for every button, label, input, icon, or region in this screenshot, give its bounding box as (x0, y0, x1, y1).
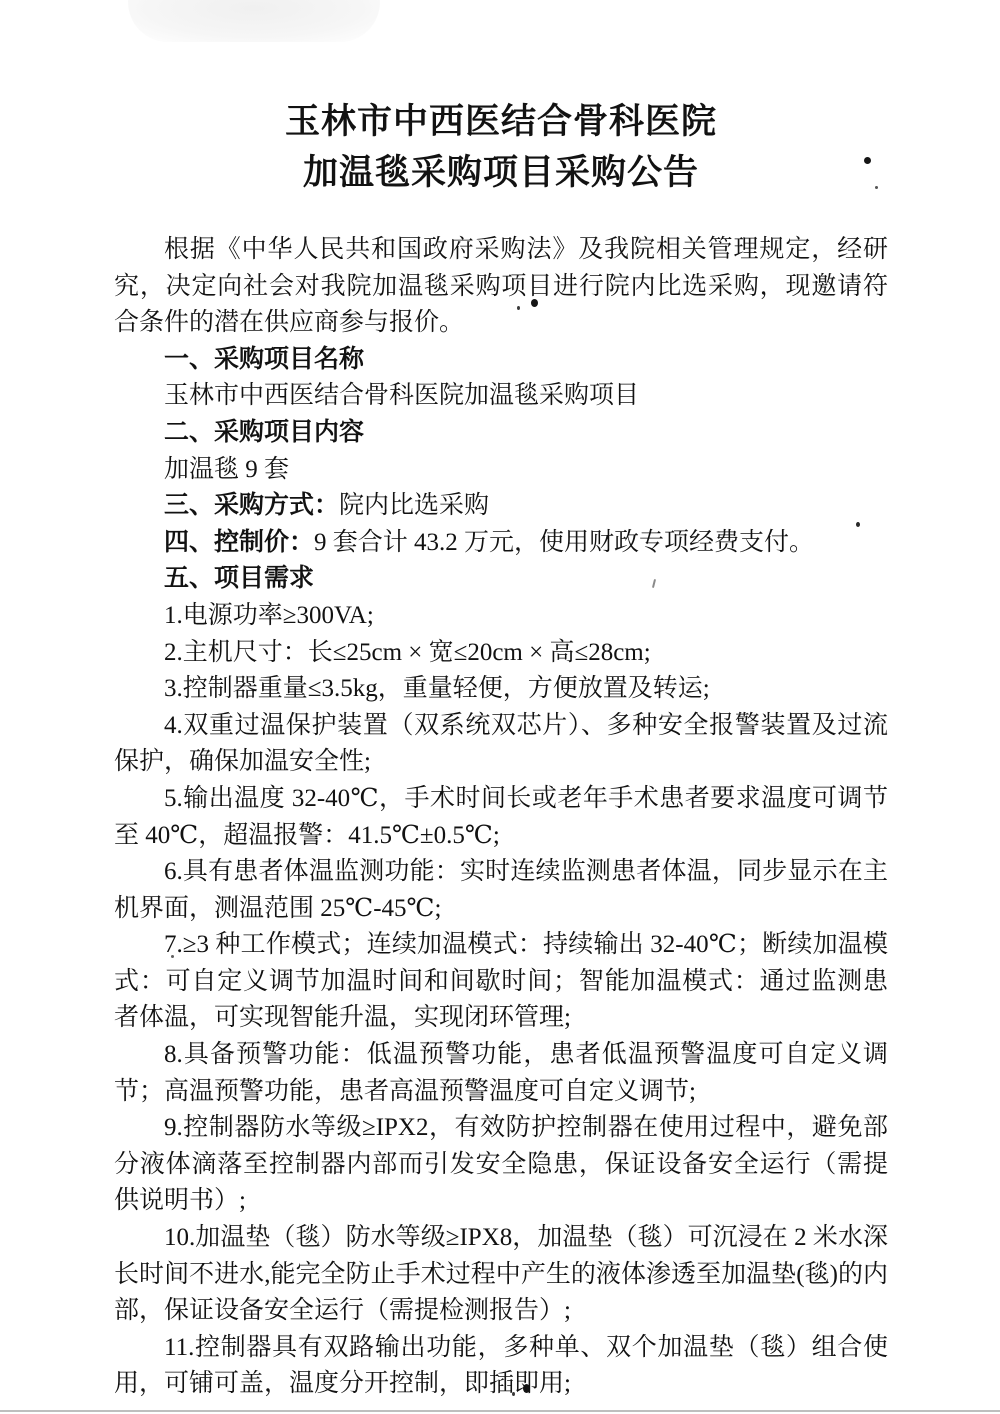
section-4-heading: 四、控制价： (164, 529, 314, 556)
section-4-value: 9 套合计 43.2 万元，使用财政专项经费支付。 (314, 529, 814, 556)
requirement-item-4: 4.双重过温保护装置（双系统双芯片）、多种安全报警装置及过流保护，确保加温安全性… (114, 708, 888, 781)
requirement-item-9: 9.控制器防水等级≥IPX2，有效防护控制器在使用过程中，避免部分液体滴落至控制… (114, 1110, 888, 1220)
section-2-body: 加温毯 9 套 (114, 452, 888, 489)
scan-smudge (128, 0, 380, 42)
requirement-item-8: 8.具备预警功能：低温预警功能，患者低温预警温度可自定义调节；高温预警功能，患者… (114, 1037, 888, 1110)
section-1-heading: 一、采购项目名称 (114, 342, 888, 379)
section-2-heading: 二、采购项目内容 (114, 415, 888, 452)
intro-paragraph: 根据《中华人民共和国政府采购法》及我院相关管理规定，经研究，决定向社会对我院加温… (114, 232, 888, 342)
requirement-item-2: 2.主机尺寸：长≤25cm × 宽≤20cm × 高≤28cm; (114, 635, 888, 672)
requirement-item-5: 5.输出温度 32-40℃，手术时间长或老年手术患者要求温度可调节至 40℃，超… (114, 781, 888, 854)
document-body: 根据《中华人民共和国政府采购法》及我院相关管理规定，经研究，决定向社会对我院加温… (114, 232, 888, 1403)
section-1-body: 玉林市中西医结合骨科医院加温毯采购项目 (114, 378, 888, 415)
requirement-item-11: 11.控制器具有双路输出功能，多种单、双个加温垫（毯）组合使用，可铺可盖，温度分… (114, 1330, 888, 1403)
requirement-item-6: 6.具有患者体温监测功能：实时连续监测患者体温，同步显示在主机界面，测温范围 2… (114, 854, 888, 927)
requirement-item-7: 7.≥3 种工作模式；连续加温模式：持续输出 32-40℃；断续加温模式：可自定… (114, 927, 888, 1037)
title-line-1: 玉林市中西医结合骨科医院 (114, 96, 888, 147)
requirement-item-10: 10.加温垫（毯）防水等级≥IPX8，加温垫（毯）可沉浸在 2 米水深长时间不进… (114, 1220, 888, 1330)
title-line-2: 加温毯采购项目采购公告 (114, 147, 888, 198)
section-3-line: 三、采购方式：院内比选采购 (114, 488, 888, 525)
section-5-heading: 五、项目需求 (114, 561, 888, 598)
page-edge-line (0, 1410, 1000, 1412)
requirement-item-1: 1.电源功率≥300VA; (114, 598, 888, 635)
section-4-line: 四、控制价：9 套合计 43.2 万元，使用财政专项经费支付。 (114, 525, 888, 562)
document-title: 玉林市中西医结合骨科医院 加温毯采购项目采购公告 (114, 96, 888, 198)
section-3-heading: 三、采购方式： (164, 492, 339, 519)
requirement-item-3: 3.控制器重量≤3.5kg，重量轻便，方便放置及转运; (114, 671, 888, 708)
section-3-value: 院内比选采购 (339, 492, 489, 519)
document-content: 玉林市中西医结合骨科医院 加温毯采购项目采购公告 根据《中华人民共和国政府采购法… (114, 96, 888, 1403)
scanned-document-page: 玉林市中西医结合骨科医院 加温毯采购项目采购公告 根据《中华人民共和国政府采购法… (0, 0, 1000, 1414)
